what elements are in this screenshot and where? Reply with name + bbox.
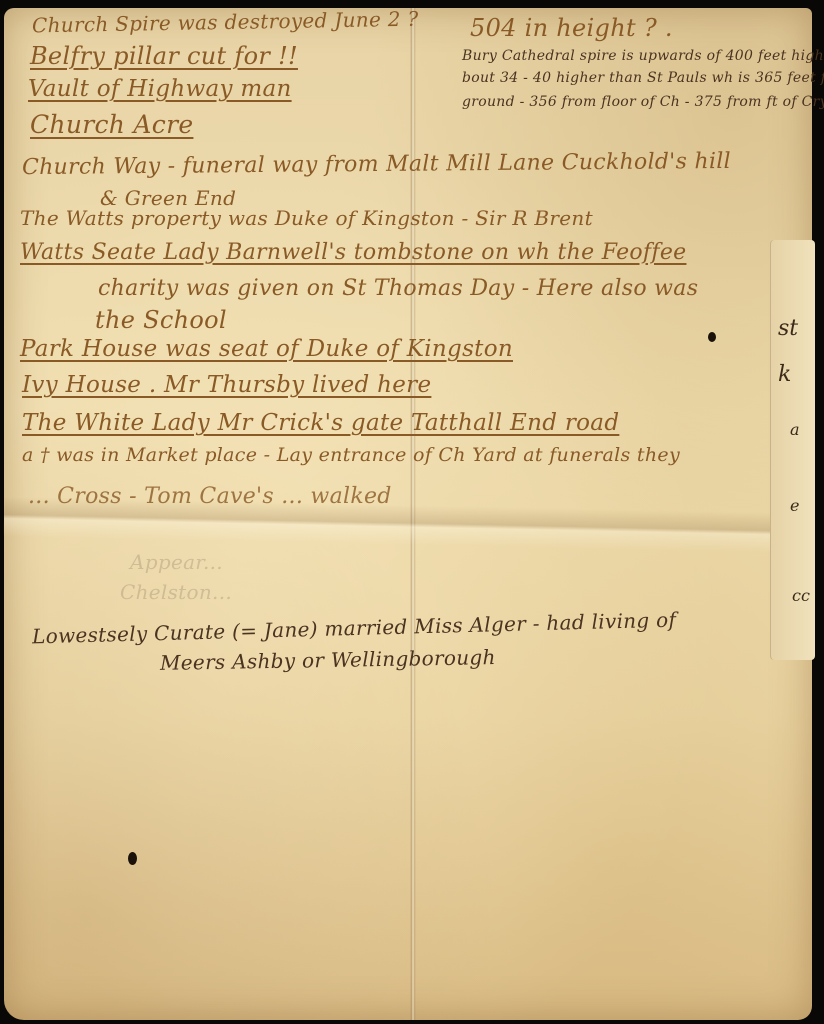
manuscript-line-text: Park House was seat of Duke of Kingston xyxy=(20,336,513,362)
manuscript-line-text: Church Acre xyxy=(30,110,193,139)
manuscript-line-text: The White Lady Mr Crick's gate Tatthall … xyxy=(22,410,619,436)
margin-fragment: st xyxy=(778,316,798,341)
manuscript-line-text: Watts Seate Lady Barnwell's tombstone on… xyxy=(20,240,686,265)
margin-fragment: a xyxy=(790,420,800,439)
margin-fragment: cc xyxy=(792,586,810,605)
right-note-line: Bury Cathedral spire is upwards of 400 f… xyxy=(462,48,824,64)
manuscript-line: The Watts property was Duke of Kingston … xyxy=(20,206,593,230)
right-note-line: bout 34 - 40 higher than St Pauls wh is … xyxy=(462,70,824,86)
right-note-line: ground - 356 from floor of Ch - 375 from… xyxy=(462,94,824,110)
manuscript-line: a † was in Market place - Lay entrance o… xyxy=(22,444,680,466)
ink-blot xyxy=(128,852,137,865)
manuscript-line: ... Cross - Tom Cave's ... walked xyxy=(28,484,392,509)
manuscript-line: Watts Seate Lady Barnwell's tombstone on… xyxy=(20,240,686,265)
manuscript-line: Church Acre xyxy=(30,110,193,139)
manuscript-line: Belfry pillar cut for !! xyxy=(30,42,298,70)
margin-fragment: e xyxy=(790,496,799,515)
manuscript-line: Park House was seat of Duke of Kingston xyxy=(20,336,513,362)
manuscript-line: The White Lady Mr Crick's gate Tatthall … xyxy=(22,410,619,436)
manuscript-line: the School xyxy=(95,306,227,334)
manuscript-line: Vault of Highway man xyxy=(28,76,292,102)
faint-pencil-note: Chelston... xyxy=(120,580,232,604)
manuscript-line-text: Belfry pillar cut for !! xyxy=(30,42,298,70)
manuscript-line: Ivy House . Mr Thursby lived here xyxy=(22,372,431,398)
manuscript-line-text: Vault of Highway man xyxy=(28,76,292,102)
manuscript-line-text: Ivy House . Mr Thursby lived here xyxy=(22,372,431,398)
faint-pencil-note: Appear... xyxy=(130,550,223,574)
ink-blot xyxy=(708,332,716,342)
manuscript-line: charity was given on St Thomas Day - Her… xyxy=(98,276,698,301)
right-heading: 504 in height ? . xyxy=(470,14,673,42)
manuscript-line-text: a † was in Market place - Lay entrance o… xyxy=(22,444,680,466)
margin-fragment: k xyxy=(778,362,791,387)
